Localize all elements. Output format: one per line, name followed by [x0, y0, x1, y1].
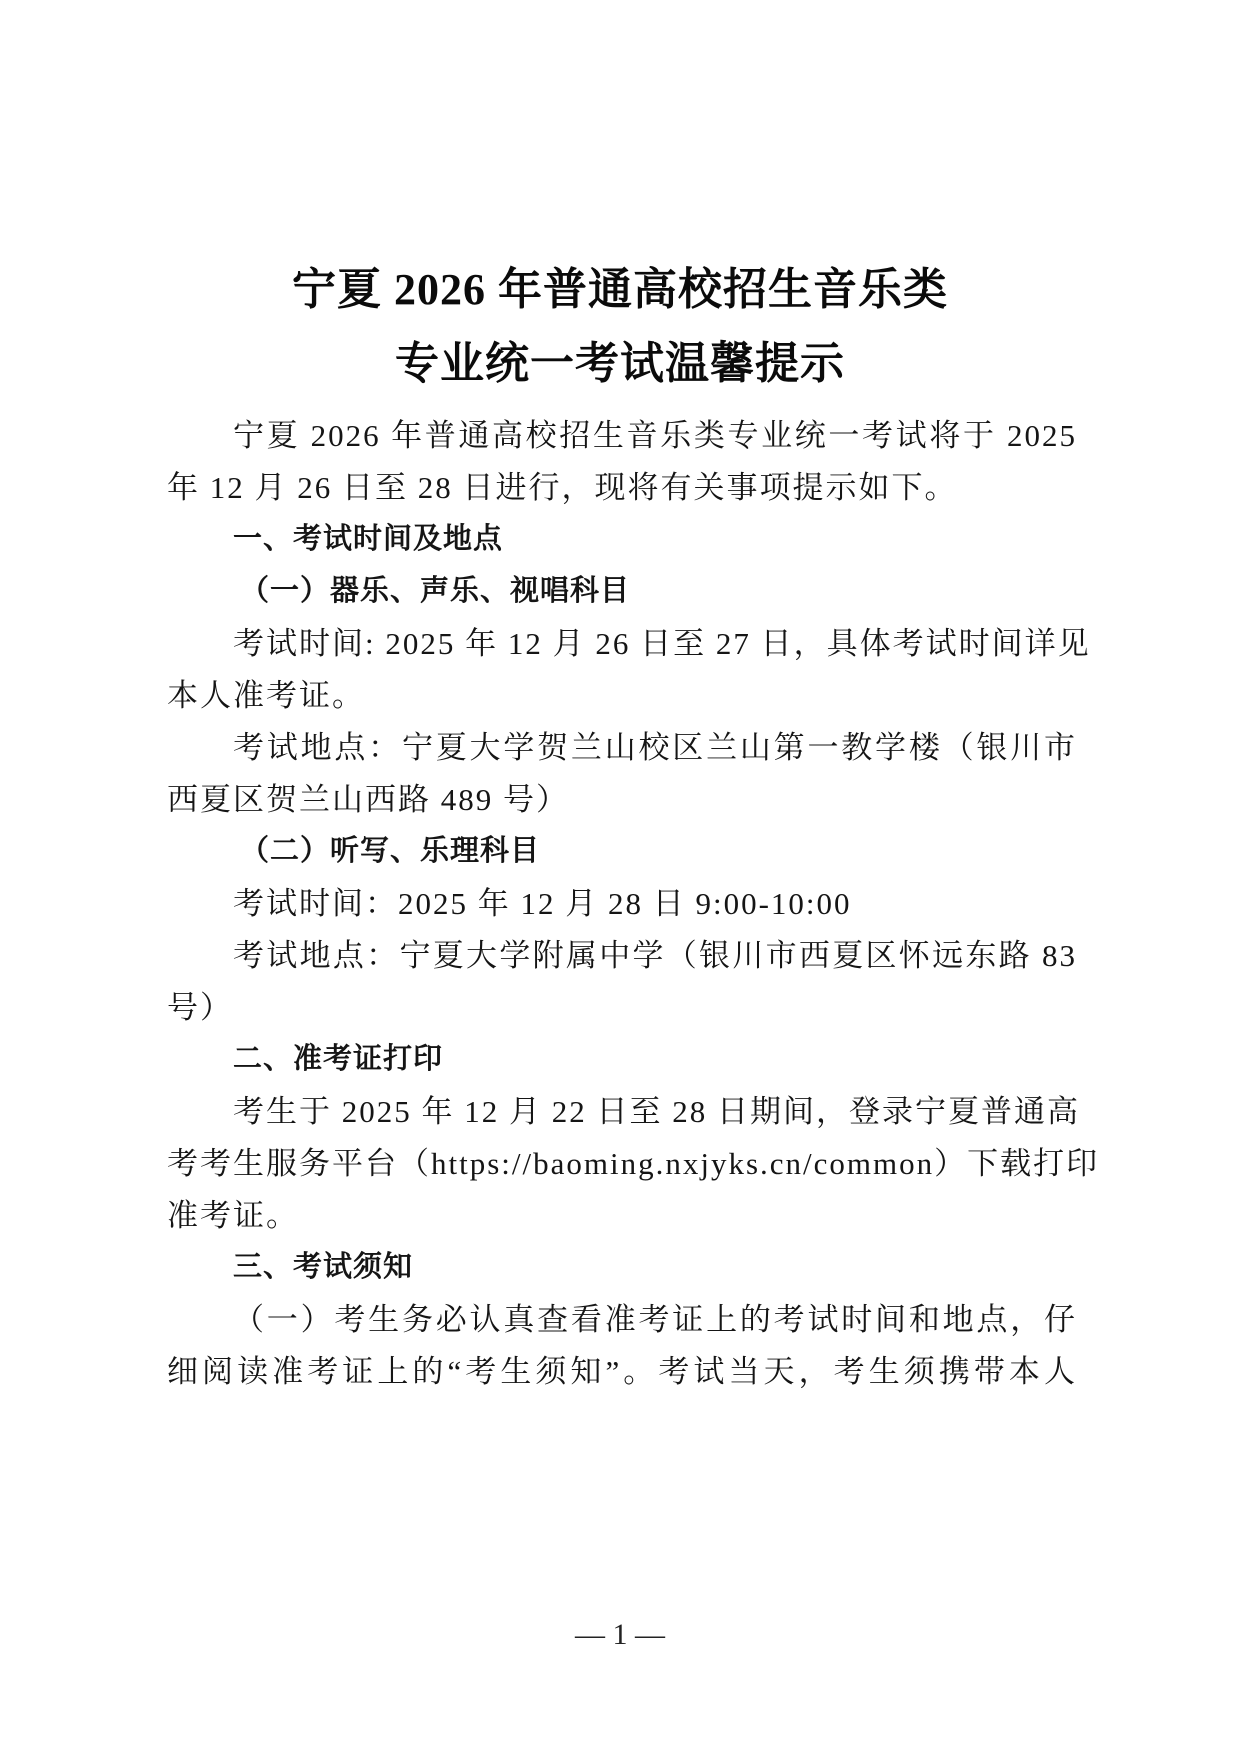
exam-time-line-1: 考试时间: 2025 年 12 月 26 日至 27 日，具体考试时间详见 — [233, 628, 1077, 659]
exam-location-dictation-line-2: 号） — [167, 992, 1077, 1023]
document-title-line-1: 宁夏 2026 年普通高校招生音乐类 — [0, 268, 1240, 312]
exam-time-dictation-line: 考试时间：2025 年 12 月 28 日 9:00-10:00 — [233, 888, 1143, 919]
subsection-heading-instrumental-vocal-sightsinging: （一）器乐、声乐、视唱科目 — [240, 576, 1150, 605]
intro-paragraph-line-1: 宁夏 2026 年普通高校招生音乐类专业统一考试将于 2025 — [233, 420, 1077, 451]
exam-location-line-2: 西夏区贺兰山西路 489 号） — [167, 784, 1077, 815]
section-heading-exam-time-location: 一、考试时间及地点 — [233, 524, 1143, 553]
intro-paragraph-line-2: 年 12 月 26 日至 28 日进行，现将有关事项提示如下。 — [167, 472, 1077, 503]
exam-notice-line-1: （一）考生务必认真查看准考证上的考试时间和地点，仔 — [233, 1304, 1077, 1335]
admission-ticket-line-3: 准考证。 — [167, 1200, 1077, 1231]
exam-location-dictation-line-1: 考试地点：宁夏大学附属中学（银川市西夏区怀远东路 83 — [233, 940, 1077, 971]
admission-ticket-line-1: 考生于 2025 年 12 月 22 日至 28 日期间，登录宁夏普通高 — [233, 1096, 1077, 1127]
section-heading-exam-notice: 三、考试须知 — [233, 1252, 1143, 1281]
document-page: 宁夏 2026 年普通高校招生音乐类 专业统一考试温馨提示 宁夏 2026 年普… — [0, 0, 1240, 1753]
subsection-heading-dictation-theory: （二）听写、乐理科目 — [240, 836, 1150, 865]
admission-ticket-line-2-with-url: 考考生服务平台（https://baoming.nxjyks.cn/common… — [167, 1148, 1077, 1179]
exam-time-line-2: 本人准考证。 — [167, 680, 1077, 711]
document-title-line-2: 专业统一考试温馨提示 — [0, 342, 1240, 386]
section-heading-admission-ticket-print: 二、准考证打印 — [233, 1044, 1143, 1073]
exam-location-line-1: 考试地点：宁夏大学贺兰山校区兰山第一教学楼（银川市 — [233, 732, 1077, 763]
exam-notice-line-2: 细阅读准考证上的“考生须知”。考试当天，考生须携带本人 — [167, 1356, 1077, 1387]
page-number: — 1 — — [0, 1620, 1240, 1650]
